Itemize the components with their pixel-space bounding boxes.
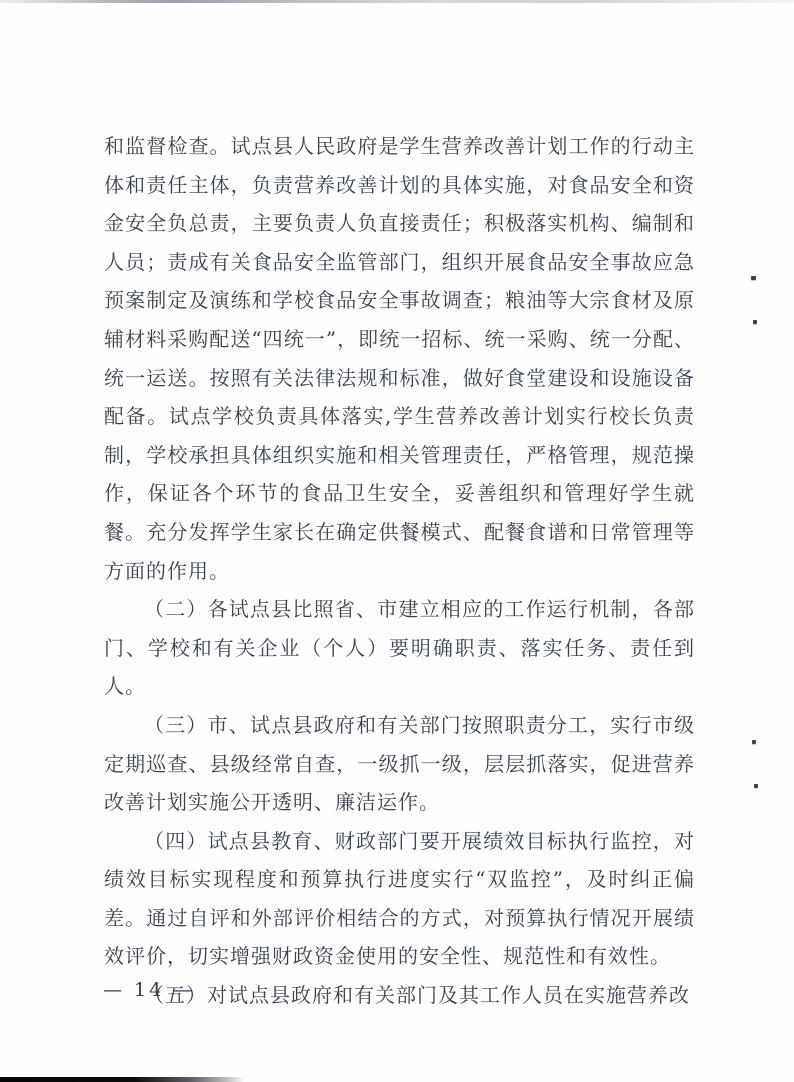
paragraph-item-2: （二）各试点县比照省、市建立相应的工作运行机制，各部门、学校和有关企业（个人）要…: [104, 590, 695, 706]
paragraph-item-3: （三）市、试点县政府和有关部门按照职责分工，实行市级定期巡查、县级经常自查，一级…: [104, 706, 695, 822]
paragraph-continuation: 和监督检查。试点县人民政府是学生营养改善计划工作的行动主体和责任主体，负责营养改…: [104, 127, 695, 590]
scan-edge-bottom-artifact: [0, 1077, 245, 1082]
scan-speck: [753, 320, 757, 324]
scan-edge-top-artifact: [0, 0, 794, 3]
document-page: 和监督检查。试点县人民政府是学生营养改善计划工作的行动主体和责任主体，负责营养改…: [0, 0, 794, 1082]
page-number: — 14 —: [103, 979, 195, 1001]
paragraph-item-4: （四）试点县教育、财政部门要开展绩效目标执行监控，对绩效目标实现程度和预算执行进…: [104, 822, 695, 976]
document-body: 和监督检查。试点县人民政府是学生营养改善计划工作的行动主体和责任主体，负责营养改…: [104, 127, 695, 1015]
scan-speck: [752, 740, 756, 744]
scan-speck: [754, 784, 758, 788]
scan-speck: [751, 276, 756, 280]
